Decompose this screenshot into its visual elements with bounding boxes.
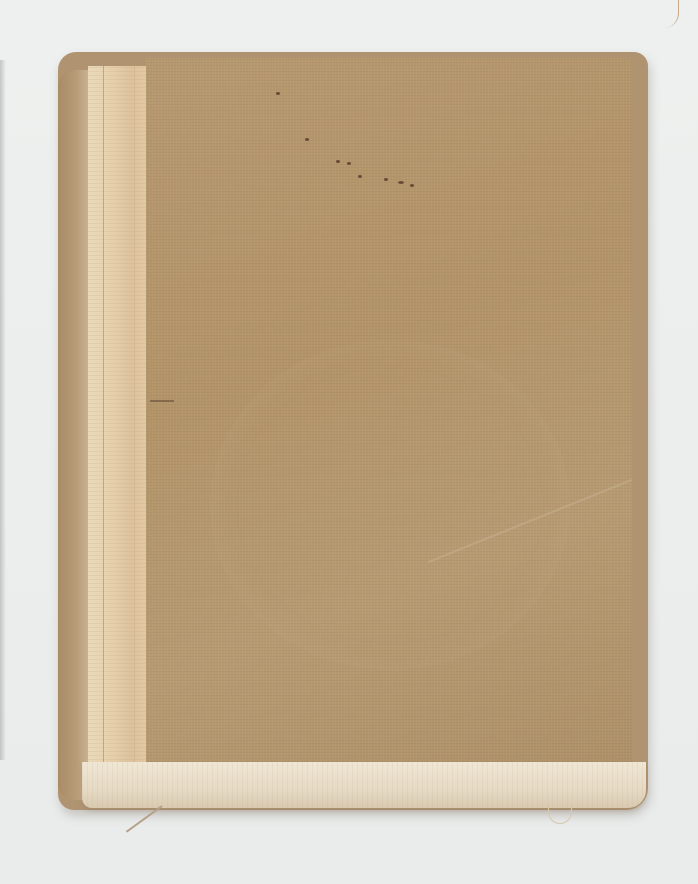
stain-mark [150, 400, 174, 402]
stain-spot [347, 162, 351, 165]
stain-spot [305, 138, 309, 141]
stain-spot [358, 175, 362, 178]
cover-circular-stain [210, 340, 570, 670]
stain-spot [276, 92, 280, 95]
spine-red-line [103, 66, 104, 806]
stain-spot [384, 178, 388, 181]
adjacent-object-shadow [0, 60, 6, 760]
spine-fold-line [134, 66, 135, 766]
bottom-edge-binding [82, 762, 646, 808]
stain-spot [410, 184, 414, 187]
spine-linen-strip [88, 66, 150, 776]
book-spine-edge [58, 70, 88, 800]
stain-spot [336, 160, 340, 163]
stain-spot [398, 181, 404, 184]
